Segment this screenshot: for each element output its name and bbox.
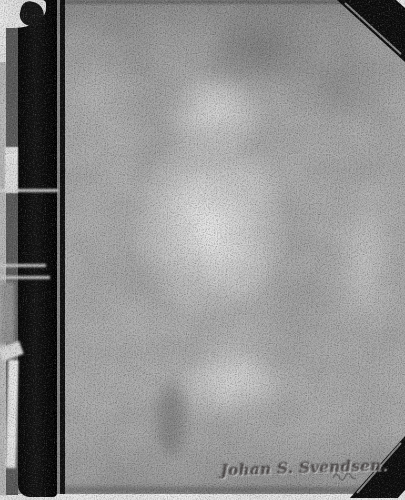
cover-top-edge-line bbox=[62, 0, 345, 4]
leather-spine bbox=[18, 0, 57, 497]
cover-bottom-edge-line bbox=[62, 487, 362, 493]
spine-label-remnant bbox=[5, 147, 18, 193]
book-cover-scan: Johan S. Svendsen. bbox=[0, 0, 405, 500]
hinge-line bbox=[60, 0, 65, 494]
spine-band-line-2 bbox=[0, 264, 46, 267]
spine-worn-column bbox=[0, 282, 15, 344]
scanner-background-strip bbox=[0, 494, 405, 500]
spine-band-line-1 bbox=[0, 189, 58, 192]
cover-smudge-lower-center bbox=[158, 383, 186, 455]
spine-band-line-3 bbox=[0, 276, 50, 279]
